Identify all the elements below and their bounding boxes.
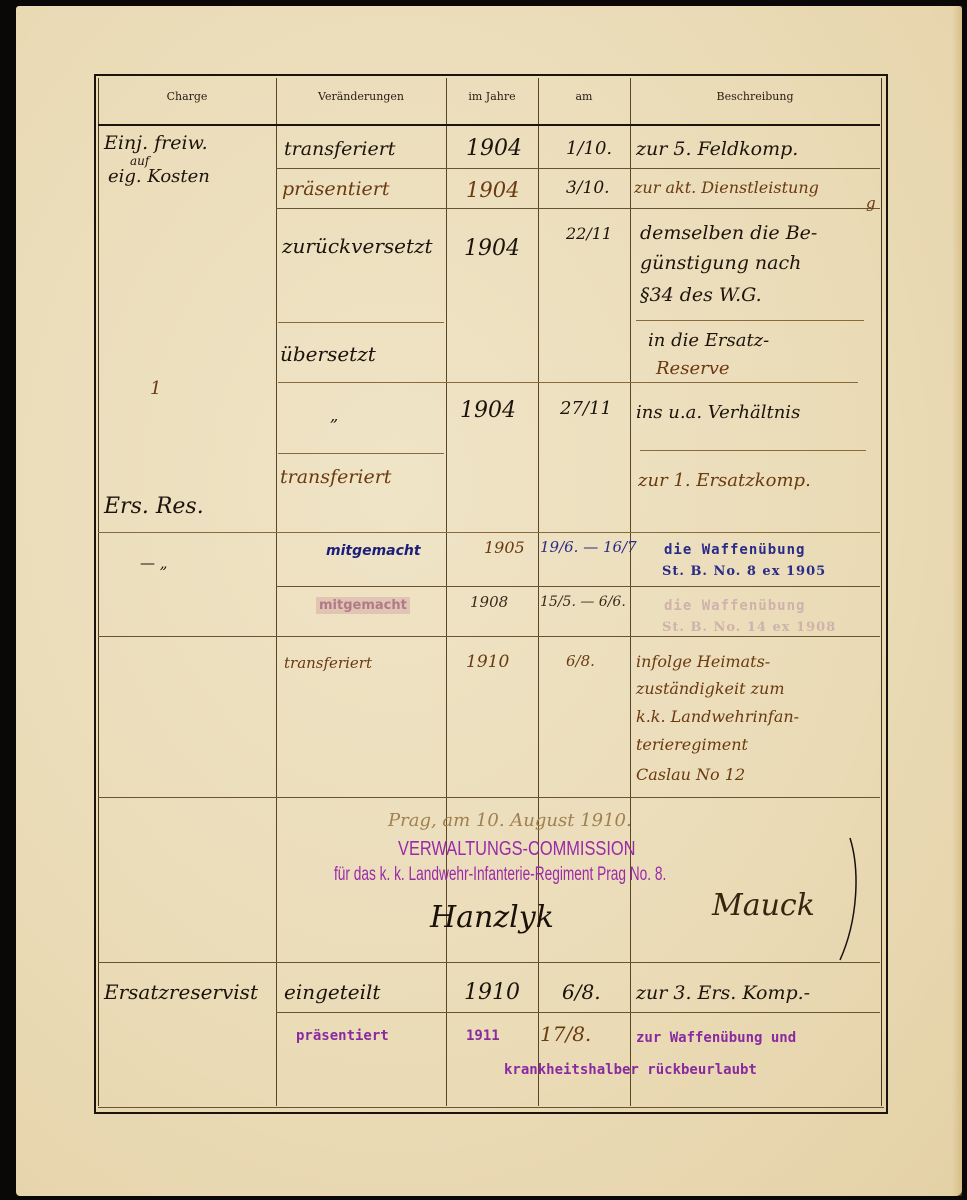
place-date: Prag, am 10. August 1910. xyxy=(388,812,632,830)
row-rule xyxy=(276,1012,880,1013)
description-cell: demselben die Be- xyxy=(640,224,817,243)
date-cell: 19/6. — 16/7 xyxy=(540,540,637,555)
description-cell: Caslau No 12 xyxy=(636,767,745,783)
date-cell: 6/8. xyxy=(562,982,601,1002)
charge-rank-1: Einj. freiw. xyxy=(104,134,208,153)
year-cell: 1904 xyxy=(466,180,519,201)
date-cell: 17/8. xyxy=(540,1024,591,1044)
column-header-date: am xyxy=(538,90,630,103)
charge-rank-1-kosten: eig. Kosten xyxy=(108,168,210,186)
row-rule xyxy=(278,453,444,454)
charge-mark: 1 xyxy=(150,380,161,398)
row-rule xyxy=(276,586,880,587)
row-rule xyxy=(98,636,880,637)
header-rule xyxy=(98,124,880,126)
date-cell: 3/10. xyxy=(566,180,610,197)
change-cell: präsentiert xyxy=(282,180,389,199)
description-cell: zur 3. Ers. Komp.- xyxy=(636,984,810,1003)
change-cell: übersetzt xyxy=(280,344,376,364)
description-cell: zur 5. Feldkomp. xyxy=(636,140,798,159)
description-cell: g xyxy=(866,196,876,211)
year-cell: 1910 xyxy=(464,982,520,1004)
date-cell: 15/5. — 6/6. xyxy=(540,595,626,609)
change-cell: transferiert xyxy=(284,140,395,159)
column-divider xyxy=(276,78,277,1106)
date-cell: 22/11 xyxy=(566,226,612,242)
row-rule xyxy=(98,1107,884,1108)
change-cell: transferiert xyxy=(284,656,372,671)
description-cell: infolge Heimats- xyxy=(636,654,770,670)
description-cell: in die Ersatz- xyxy=(648,332,769,350)
charge-rank-3: Ersatzreservist xyxy=(104,982,258,1002)
row-rule xyxy=(98,532,880,533)
description-stamp: St. B. No. 8 ex 1905 xyxy=(662,564,826,579)
description-cell: günstigung nach xyxy=(640,254,801,273)
description-cell: zuständigkeit zum xyxy=(636,681,785,697)
change-cell: transferiert xyxy=(280,468,391,487)
description-cell: zur akt. Dienstleistung xyxy=(634,180,819,196)
column-header-year: im Jahre xyxy=(446,90,538,103)
row-rule xyxy=(278,322,444,323)
change-stamp: präsentiert xyxy=(296,1028,389,1044)
year-cell: 1908 xyxy=(470,595,508,610)
row-rule xyxy=(98,962,880,963)
description-cell: Reserve xyxy=(656,360,730,378)
description-cell: ins u.a. Verhältnis xyxy=(636,404,800,422)
description-cell: terieregiment xyxy=(636,737,748,753)
commission-stamp-line2: für das k. k. Landwehr-Infanterie-Regime… xyxy=(334,864,666,886)
description-cell: §34 des W.G. xyxy=(640,286,762,305)
description-stamp: die Waffenübung xyxy=(664,598,805,614)
description-stamp: St. B. No. 14 ex 1908 xyxy=(662,620,836,635)
description-stamp: zur Waffenübung und xyxy=(636,1030,796,1046)
row-rule xyxy=(640,450,866,451)
column-header-description: Beschreibung xyxy=(630,90,880,103)
description-stamp: krankheitshalber rückbeurlaubt xyxy=(504,1062,757,1078)
row-rule xyxy=(636,320,864,321)
change-cell: eingeteilt xyxy=(284,982,380,1002)
change-stamp: mitgemacht xyxy=(316,597,410,614)
date-cell: 6/8. xyxy=(566,654,595,669)
date-cell: 27/11 xyxy=(560,400,612,418)
row-rule xyxy=(276,208,880,209)
signature-flourish-icon xyxy=(820,830,880,970)
year-stamp: 1911 xyxy=(466,1028,500,1044)
year-cell: 1904 xyxy=(460,400,516,422)
signature-right: Mauck xyxy=(712,888,815,923)
signature-left: Hanzlyk xyxy=(430,900,554,935)
column-header-changes: Veränderungen xyxy=(276,90,446,103)
row-rule xyxy=(98,797,880,798)
column-header-charge: Charge xyxy=(98,90,276,103)
column-divider xyxy=(630,78,631,1106)
charge-rank-2: Ers. Res. xyxy=(104,496,204,518)
charge-ditto-mark: — „ xyxy=(140,556,168,571)
change-stamp: mitgemacht xyxy=(326,543,421,559)
description-stamp: die Waffenübung xyxy=(664,542,805,558)
row-rule xyxy=(276,168,880,169)
change-cell: zurückversetzt xyxy=(282,236,433,256)
column-divider xyxy=(446,78,447,1106)
description-cell: zur 1. Ersatzkomp. xyxy=(638,472,811,490)
year-cell: 1905 xyxy=(484,540,525,556)
column-divider xyxy=(538,78,539,1106)
year-cell: 1910 xyxy=(466,654,509,671)
year-cell: 1904 xyxy=(466,138,522,160)
change-cell: „ xyxy=(330,408,338,424)
commission-stamp-line1: VERWALTUNGS-COMMISSION xyxy=(398,838,636,861)
description-cell: k.k. Landwehrinfan- xyxy=(636,709,799,725)
date-cell: 1/10. xyxy=(566,140,612,158)
year-cell: 1904 xyxy=(464,238,520,260)
row-rule xyxy=(278,382,858,383)
